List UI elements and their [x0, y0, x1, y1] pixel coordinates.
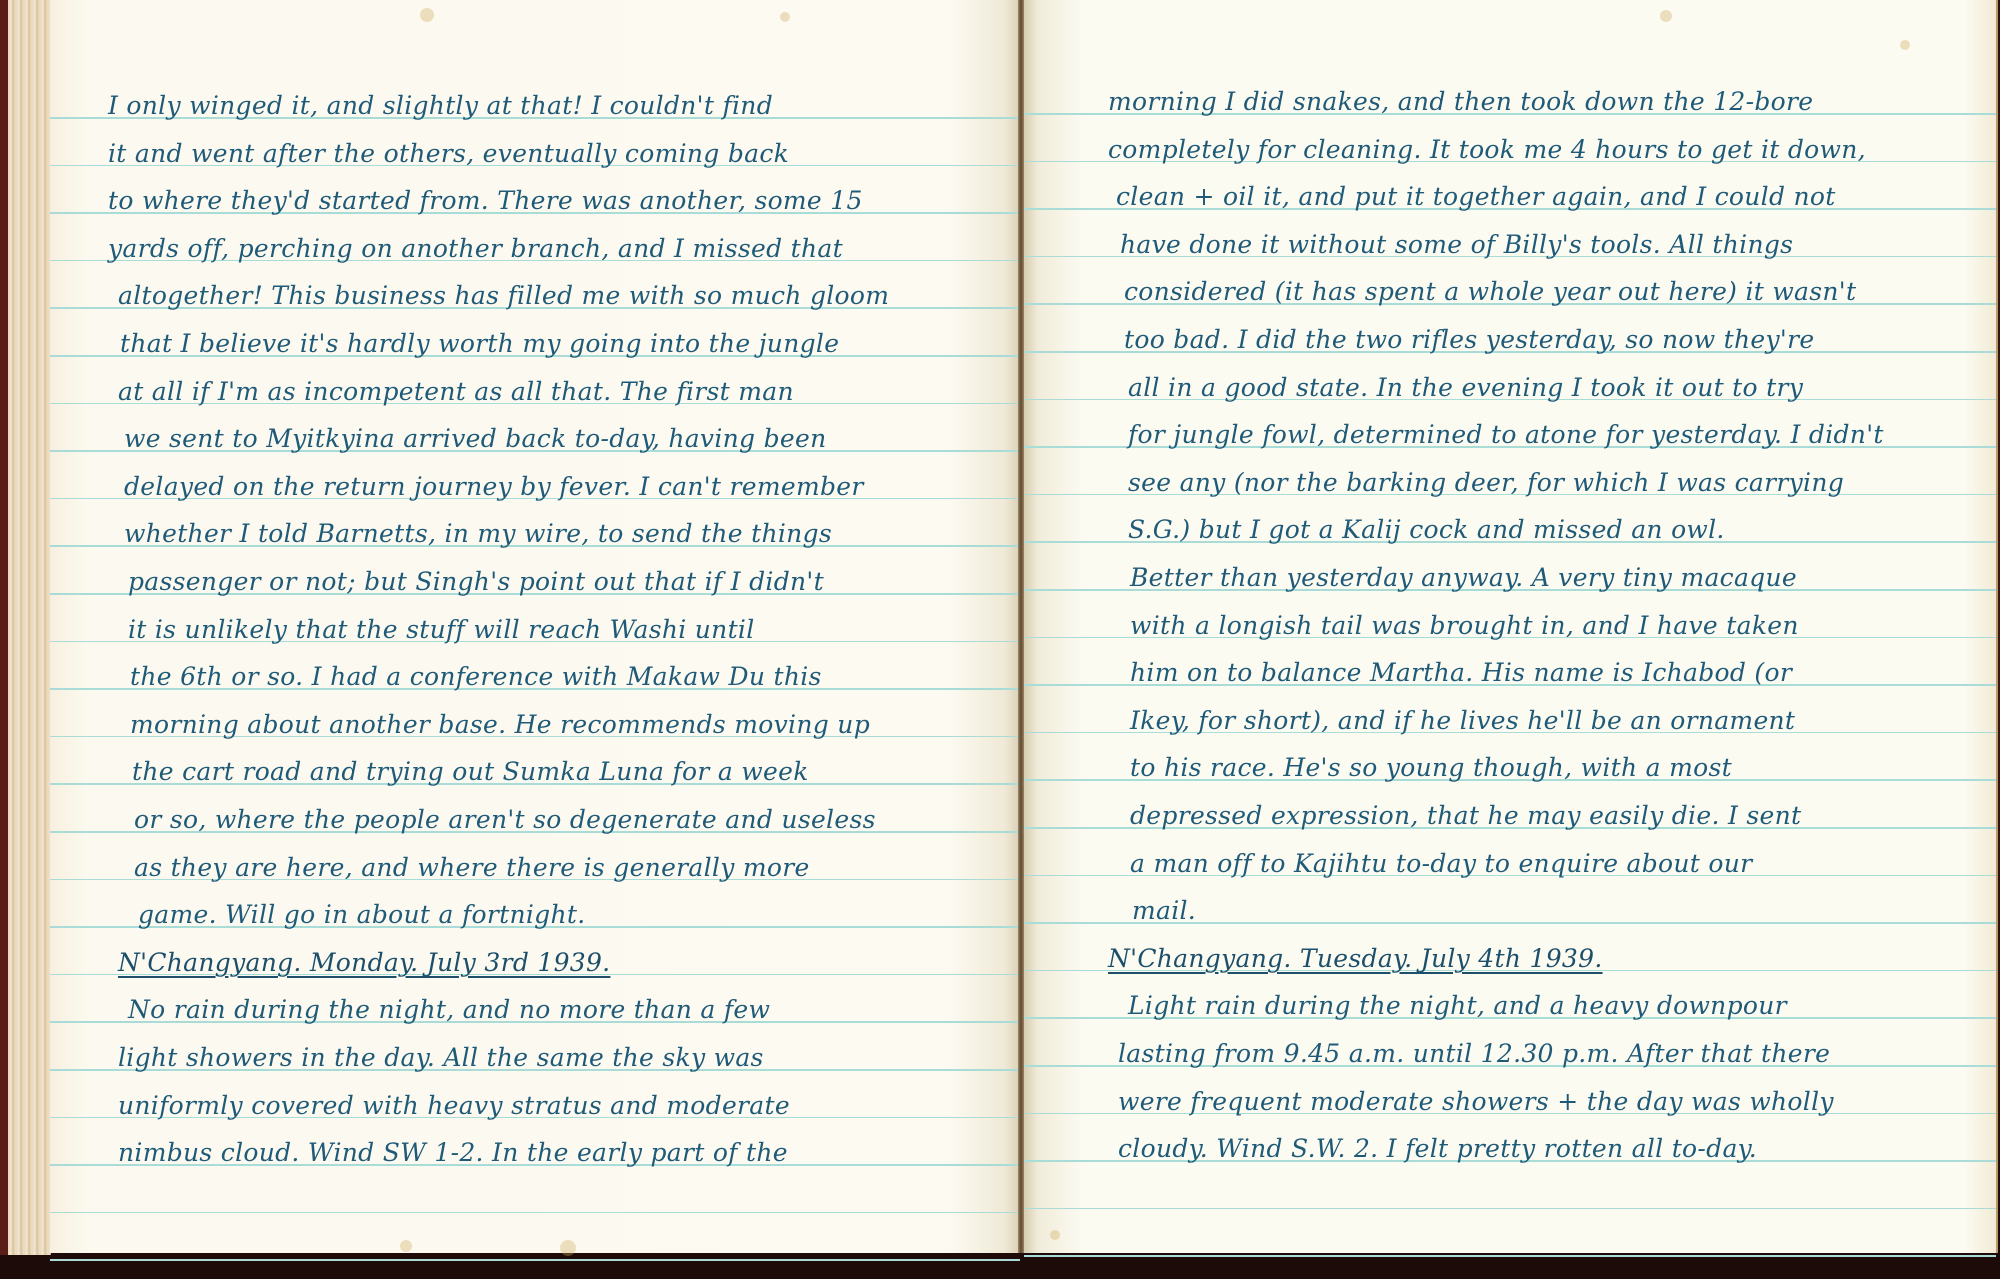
entry-text-line: were frequent moderate showers + the day…	[1118, 1087, 1834, 1117]
entry-text-line: lasting from 9.45 a.m. until 12.30 p.m. …	[1118, 1039, 1830, 1069]
text-line: the cart road and trying out Sumka Luna …	[132, 757, 809, 787]
entry-date-heading: N'Changyang. Tuesday. July 4th 1939.	[1108, 944, 1603, 974]
paper-stain	[400, 1240, 412, 1252]
text-line: it is unlikely that the stuff will reach…	[128, 615, 755, 645]
text-line: yards off, perching on another branch, a…	[108, 234, 843, 264]
paper-stain	[560, 1240, 576, 1256]
ruled-line	[50, 1259, 1020, 1261]
text-line: as they are here, and where there is gen…	[134, 853, 810, 883]
entry-text-line: nimbus cloud. Wind SW 1-2. In the early …	[118, 1138, 788, 1168]
right-page: morning I did snakes, and then took down…	[1024, 0, 1998, 1253]
text-line: considered (it has spent a whole year ou…	[1124, 277, 1856, 307]
text-line: completely for cleaning. It took me 4 ho…	[1108, 135, 1866, 165]
ruled-line	[50, 1212, 1020, 1214]
text-line: game. Will go in about a fortnight.	[138, 900, 585, 930]
ruled-line	[1024, 1208, 1996, 1210]
text-line: it and went after the others, eventually…	[108, 139, 789, 169]
text-line: a man off to Kajihtu to-day to enquire a…	[1130, 849, 1752, 879]
text-line: to his race. He's so young though, with …	[1130, 753, 1732, 783]
text-line: mail.	[1132, 896, 1196, 926]
text-line: all in a good state. In the evening I to…	[1128, 373, 1803, 403]
text-line: the 6th or so. I had a conference with M…	[130, 662, 822, 692]
ruled-line	[1024, 1255, 1996, 1257]
left-page: I only winged it, and slightly at that! …	[50, 0, 1020, 1253]
text-line: see any (nor the barking deer, for which…	[1128, 468, 1844, 498]
text-line: him on to balance Martha. His name is Ic…	[1130, 658, 1792, 688]
entry-text-line: No rain during the night, and no more th…	[128, 995, 770, 1025]
text-line: whether I told Barnetts, in my wire, to …	[124, 519, 832, 549]
text-line: too bad. I did the two rifles yesterday,…	[1124, 325, 1814, 355]
text-line: S.G.) but I got a Kalij cock and missed …	[1128, 515, 1725, 545]
page-edges	[8, 0, 51, 1255]
paper-stain	[1050, 1230, 1060, 1240]
text-line: morning I did snakes, and then took down…	[1108, 87, 1813, 117]
entry-text-line: light showers in the day. All the same t…	[118, 1043, 764, 1073]
text-line: to where they'd started from. There was …	[108, 186, 863, 216]
text-line: clean + oil it, and put it together agai…	[1116, 182, 1836, 212]
text-line: I only winged it, and slightly at that! …	[108, 91, 773, 121]
text-line: delayed on the return journey by fever. …	[124, 472, 864, 502]
text-line: or so, where the people aren't so degene…	[134, 805, 876, 835]
entry-text-line: uniformly covered with heavy stratus and…	[118, 1091, 790, 1121]
text-line: Ikey, for short), and if he lives he'll …	[1130, 706, 1795, 736]
entry-text-line: Light rain during the night, and a heavy…	[1128, 991, 1787, 1021]
text-line: passenger or not; but Singh's point out …	[128, 567, 824, 597]
paper-stain	[420, 8, 434, 22]
text-line: at all if I'm as incompetent as all that…	[118, 377, 794, 407]
text-line: that I believe it's hardly worth my goin…	[120, 329, 839, 359]
text-line: have done it without some of Billy's too…	[1120, 230, 1793, 260]
paper-stain	[1660, 10, 1672, 22]
text-line: Better than yesterday anyway. A very tin…	[1130, 563, 1797, 593]
text-line: for jungle fowl, determined to atone for…	[1128, 420, 1884, 450]
entry-text-line: cloudy. Wind S.W. 2. I felt pretty rotte…	[1118, 1134, 1757, 1164]
text-line: depressed expression, that he may easily…	[1130, 801, 1801, 831]
text-line: we sent to Myitkyina arrived back to-day…	[124, 424, 826, 454]
text-line: altogether! This business has filled me …	[118, 281, 889, 311]
paper-stain	[780, 12, 790, 22]
paper-stain	[1900, 40, 1910, 50]
text-line: with a longish tail was brought in, and …	[1130, 611, 1799, 641]
entry-date-heading: N'Changyang. Monday. July 3rd 1939.	[118, 948, 610, 978]
text-line: morning about another base. He recommend…	[130, 710, 870, 740]
